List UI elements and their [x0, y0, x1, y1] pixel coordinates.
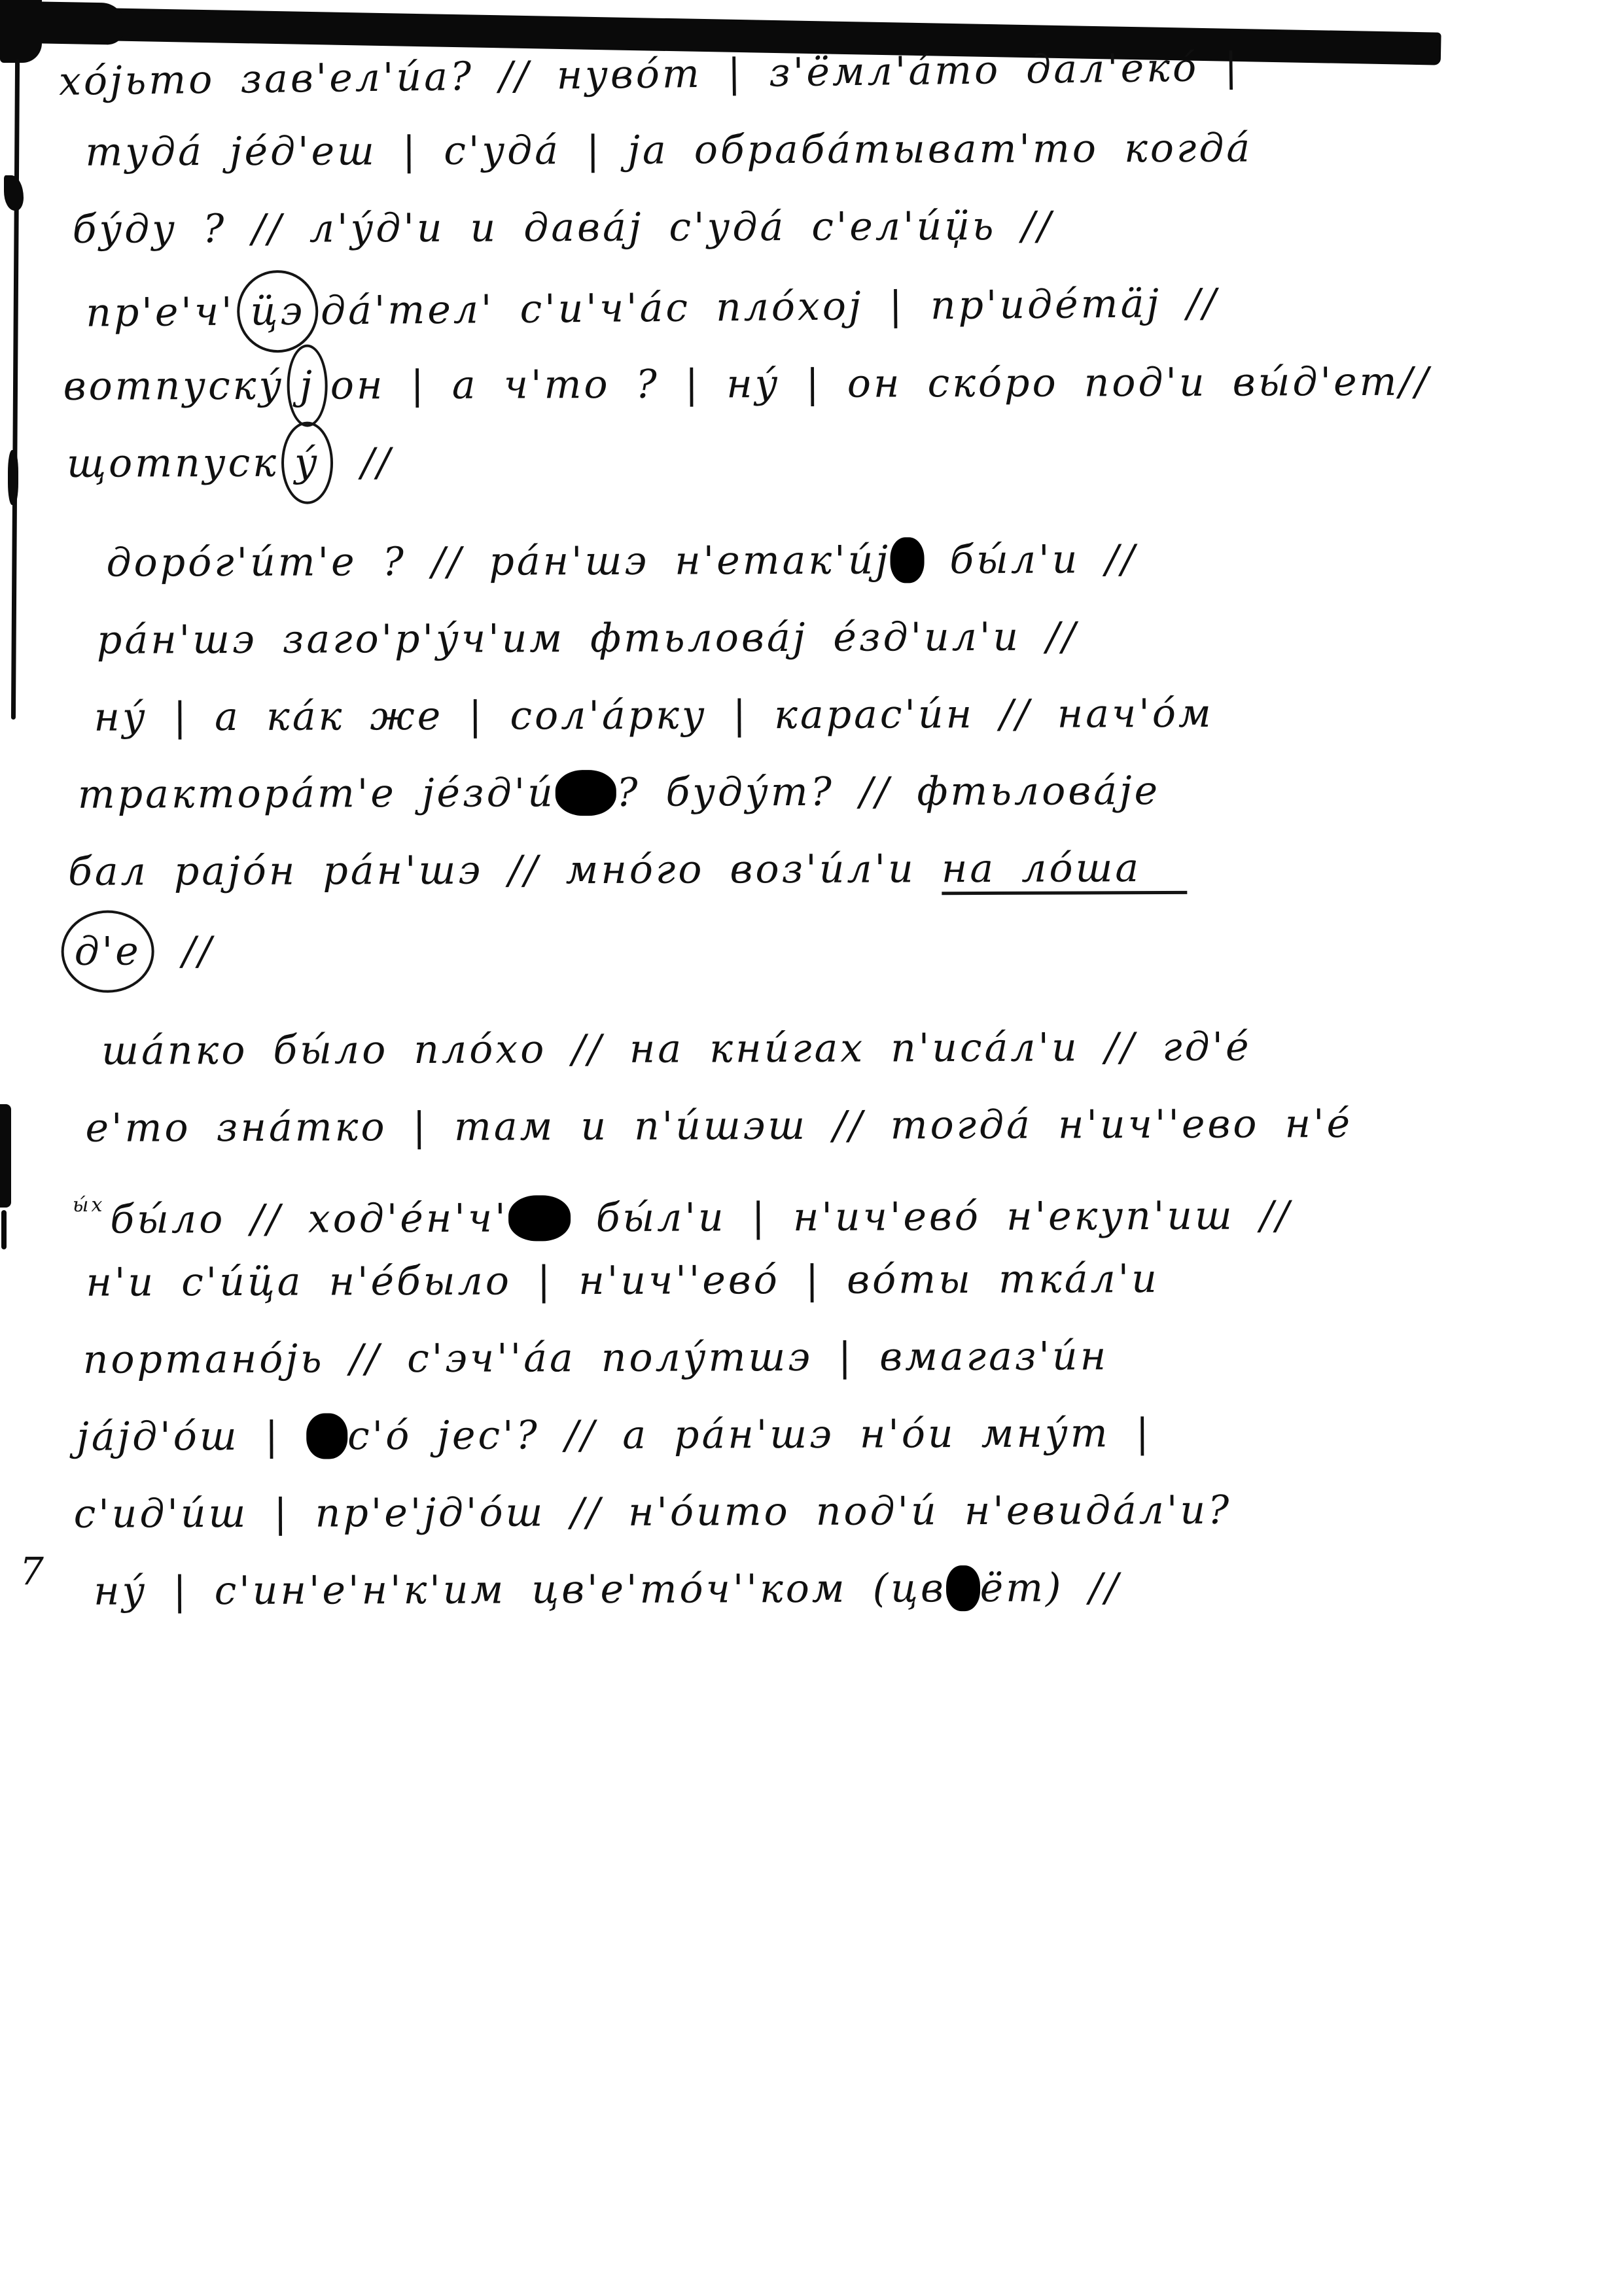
text-segment: вотпуску́ — [63, 363, 285, 409]
handwritten-line: портано́јь // с'эч''а́а полу́тшэ | вмага… — [83, 1316, 1549, 1399]
circle-annotation: у́ — [281, 421, 333, 504]
text-segment: бал рајо́н ра́н'шэ // мно́го воз'и́л'и — [68, 846, 942, 895]
scan-left-blob — [4, 175, 24, 211]
text-segment: бы́л'и // — [924, 536, 1137, 583]
handwritten-line: щотпуску́ // — [67, 417, 1545, 500]
superscript-annotation: ы́х — [73, 1194, 105, 1217]
handwritten-line: трактора́т'е је́зд'и́т'? буду́т? // фтьл… — [78, 751, 1547, 833]
text-segment: ја́јд'о́ш | — [77, 1414, 306, 1460]
text-segment: // — [336, 440, 393, 485]
scan-left-strip — [1, 1210, 7, 1249]
blot-annotation: ё́н — [508, 1195, 571, 1241]
handwritten-line: туда́ је́д'еш | с'уда́ | ја обраба́тыват… — [85, 109, 1544, 191]
handwritten-line: вотпуску́јон | а ч'то ? | ну́ | он ско́р… — [63, 340, 1545, 423]
handwritten-line: бу́ду ? // л'у́д'и и дава́ј с'уда́ с'ел'… — [73, 186, 1545, 268]
text-segment: ёт) // — [980, 1565, 1121, 1611]
text-segment: с'ид'и́ш | пр'е'јд'о́ш // н'о́ито под'и́… — [74, 1487, 1232, 1537]
text-segment: ну́ | с'ин'е'н'к'им цв'е'то́ч''ком (цв — [94, 1565, 946, 1614]
underline-annotation: на ло́ша — [942, 845, 1188, 895]
handwritten-line: бал рајо́н ра́н'шэ // мно́го воз'и́л'и н… — [68, 828, 1547, 911]
circle-annotation: ј — [287, 345, 328, 427]
manuscript-lines: хо́јьто зав'ел'и́а? // нуво́т | з'ёмл'а́… — [46, 31, 1549, 1630]
handwritten-line: ша́пко бы́ло пло́хо // на кни́гах п'иса́… — [101, 1007, 1547, 1090]
handwritten-line: ну́ | а ка́к же | сол'а́рку | карас'и́н … — [94, 674, 1546, 756]
text-segment: е'то зна́тко | там и п'и́шэш // тогда́ н… — [85, 1101, 1352, 1151]
text-segment: хо́јьто зав'ел'и́а? // нуво́т | з'ёмл'а́… — [59, 44, 1241, 105]
text-segment: да́'тел' с'и'ч'а́с пло́хој | пр'иде́тӓј … — [321, 281, 1219, 334]
handwritten-line: е'то зна́тко | там и п'и́шэш // тогда́ н… — [85, 1085, 1547, 1167]
circle-annotation: д'е — [61, 910, 154, 992]
handwritten-line: доро́г'и́т'е ? // ра́н'шэ н'етак'и́је бы… — [106, 519, 1545, 602]
text-segment: ша́пко бы́ло пло́хо // на кни́гах п'иса́… — [101, 1024, 1252, 1074]
text-segment: щотпуск — [67, 440, 279, 487]
text-segment: бы́ло // ход'е́н'ч' — [110, 1196, 508, 1243]
blot-annotation: ф — [306, 1413, 347, 1459]
scan-left-strip — [0, 1104, 11, 1208]
blot-annotation: т' — [556, 770, 617, 816]
handwritten-line: ра́н'шэ заго'р'у́ч'им фтьлова́ј е́зд'ил'… — [97, 597, 1546, 679]
blot-annotation: ӓ — [946, 1565, 980, 1611]
text-segment: он | а ч'то ? | ну́ | он ско́ро под'и вы… — [330, 359, 1431, 409]
text-segment: бу́ду ? // л'у́д'и и дава́ј с'уда́ с'ел'… — [73, 203, 1053, 252]
page-number: 7 — [20, 1549, 44, 1593]
handwritten-line: ја́јд'о́ш | фс'о́ јес'? // а ра́н'шэ н'о… — [77, 1393, 1549, 1476]
text-segment: ? буду́т? // фтьлова́је — [616, 768, 1160, 816]
text-segment: ну́ | а ка́к же | сол'а́рку | карас'и́н … — [94, 691, 1214, 740]
text-segment: бы́л'и | н'ич'ево́ н'екуп'иш // — [571, 1192, 1292, 1241]
handwritten-line: хо́јьто зав'ел'и́а? // нуво́т | з'ёмл'а́… — [58, 25, 1544, 120]
text-segment: // — [157, 928, 215, 974]
handwritten-line: пр'е'ч'ц̈эда́'тел' с'и'ч'а́с пло́хој | п… — [86, 259, 1545, 349]
text-segment: пр'е'ч' — [86, 289, 235, 336]
text-segment: н'и с'и́ц̈а н'е́было | н'ич''ево́ | во́т… — [86, 1256, 1159, 1306]
text-segment: ра́н'шэ заго'р'у́ч'им фтьлова́ј е́зд'ил'… — [97, 614, 1078, 663]
handwritten-line: с'ид'и́ш | пр'е'јд'о́ш // н'о́ито под'и́… — [73, 1470, 1549, 1553]
circle-annotation: ц̈э — [237, 270, 319, 353]
text-segment: портано́јь // с'эч''а́а полу́тшэ | вмага… — [83, 1333, 1109, 1382]
handwritten-line: н'и с'и́ц̈а н'е́было | н'ич''ево́ | во́т… — [86, 1239, 1548, 1321]
scan-left-edge-line — [11, 59, 20, 720]
text-segment: доро́г'и́т'е ? // ра́н'шэ н'етак'и́ј — [106, 538, 891, 586]
scanned-page: { "document": { "page_number": "7", "lin… — [0, 0, 1607, 2296]
text-segment: трактора́т'е је́зд'и́ — [78, 770, 556, 818]
handwritten-line: ну́ | с'ин'е'н'к'им цв'е'то́ч''ком (цвӓё… — [94, 1548, 1549, 1630]
blot-annotation: е — [891, 537, 925, 583]
scan-left-corner-mark — [0, 0, 42, 63]
text-segment: с'о́ јес'? // а ра́н'шэ н'о́и мну́т | — [347, 1410, 1152, 1459]
scan-left-blob — [8, 450, 18, 505]
handwritten-line: д'е // — [58, 905, 1547, 988]
handwritten-line: ы́хбы́ло // ход'е́н'ч'ё́н бы́л'и | н'ич'… — [73, 1162, 1548, 1244]
text-segment: туда́ је́д'еш | с'уда́ | ја обраба́тыват… — [85, 126, 1252, 175]
